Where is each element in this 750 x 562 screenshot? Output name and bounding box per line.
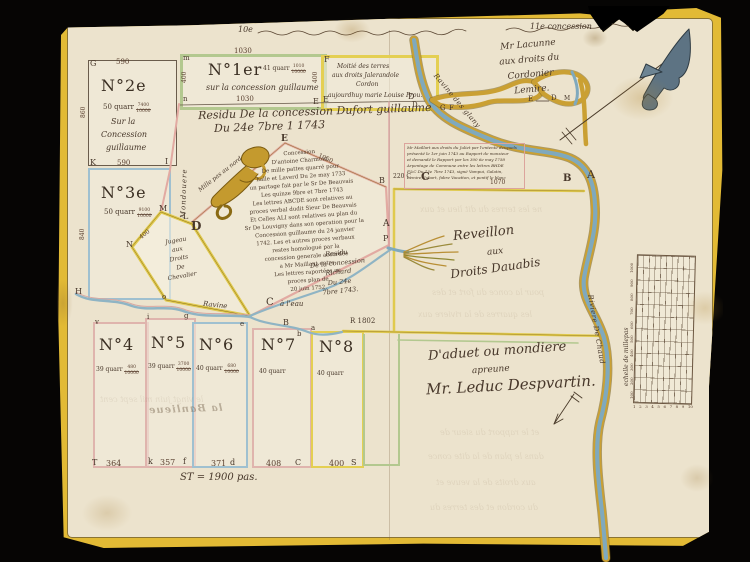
parcel-n1-note: sur la concession guillaume [206, 83, 319, 92]
corner-letter: S [351, 458, 356, 467]
edge-length: 840 [79, 229, 86, 240]
corner-letter: G [90, 59, 96, 68]
edge-length: 357 [160, 458, 175, 467]
corner-letter: H [75, 287, 82, 296]
corner-letter: B [563, 173, 571, 184]
bleedthrough-text: les quarres de la riviere aux [418, 310, 532, 319]
parcel-n1-area: 41 quarr 101010000 [263, 65, 306, 76]
bleedthrough-text: ne les terres du dit lieu et aux [420, 205, 542, 214]
edge-label-10: 10e [238, 25, 253, 34]
corner-letter: D [408, 92, 414, 101]
scale-tick: 300 [629, 363, 634, 371]
parcel-n6-area: 40 quarr 68010000 [196, 365, 239, 376]
scale-tick: 800 [629, 293, 634, 301]
corner-letter: T [92, 458, 97, 467]
marsh [404, 236, 458, 270]
parcel-n7-name: N°7 [261, 335, 296, 354]
corner-letter: d [230, 458, 235, 467]
reveillon-note: aux [487, 246, 504, 258]
edge-length: 860 [80, 107, 87, 118]
edge-length: 1070 [490, 179, 505, 186]
edge-length: 364 [106, 459, 121, 468]
corner-letter: g [184, 312, 188, 320]
corner-letter: M [159, 204, 167, 213]
fleur-de-lis-icon [640, 29, 690, 110]
residu-richard-block: ResiduDe la concession RichardDu 24e 7br… [294, 245, 383, 301]
parcel-n5-area: 39 quarr 370010000 [148, 363, 191, 374]
parcel-n2-area: 50 quarr 740010000 [103, 103, 151, 115]
parcel-n5-name: N°5 [151, 333, 186, 352]
parcel-n4-area: 39 quarr 48010000 [96, 366, 139, 377]
corner-letter: I [165, 157, 168, 166]
edge-length: 400 [312, 72, 319, 83]
corner-letter: n [183, 95, 188, 103]
edge-length: 371 [211, 459, 226, 468]
edge-length: 408 [266, 459, 281, 468]
edge-label-11: 11e concession [530, 22, 592, 31]
corner-letter: B [283, 318, 289, 327]
moitie-note: aux droits Jalerandole [332, 72, 399, 79]
parcel-n7-area: 40 quarr [259, 368, 286, 375]
corner-letter: C [295, 458, 301, 467]
jugeau-text-block: Jugeauaux DroitsDe Chevalier [153, 233, 204, 285]
scale-statement: ST = 1900 pas. [180, 472, 258, 483]
corner-letter: F [324, 55, 330, 64]
lacunne-note: Mr Lacunneaux droits du CordonierLemire. [490, 35, 571, 101]
scale-grid [633, 254, 696, 404]
scale-grid-digits: 12 34 56 78 910 [633, 404, 693, 409]
corner-letter: A [587, 168, 595, 181]
scale-tick: 100 [629, 391, 634, 399]
corner-letter: m [183, 54, 190, 62]
parcel-n2-note: guillaume [106, 143, 146, 152]
corner-letter: L [183, 212, 188, 221]
bleedthrough-text: pour la conce du fort et des [432, 288, 544, 297]
scale-tick: 600 [629, 321, 634, 329]
edge-length: 1030 [236, 95, 254, 103]
map-scan: 10e 11e concession G 590 N°2e 50 quarr 7… [0, 0, 750, 562]
parcel-n3-area: 50 quarr 910010000 [104, 208, 152, 220]
corner-letter: b [297, 330, 301, 338]
bleedthrough-text: et le rapport du sieur de [440, 428, 539, 437]
scale-tick: 200 [629, 377, 634, 385]
moitie-note: Cordon [356, 81, 378, 88]
moitie-note: Moitié des terres [337, 63, 389, 70]
edge-length: 400 [181, 72, 188, 83]
corner-letter: K [90, 158, 96, 167]
corner-letter: C [266, 297, 274, 308]
edge-length: 1030 [234, 47, 252, 55]
parcel-n8-name: N°8 [319, 337, 354, 356]
corner-letter: D [191, 219, 201, 233]
corner-letter: E [323, 95, 329, 104]
edge-length: R 1802 [350, 317, 375, 325]
corner-letter: F [449, 104, 454, 112]
bleedthrough-text: dans le plan de la dite conce [428, 452, 544, 461]
bleedthrough-text: aux droits de la veuve et [436, 478, 536, 487]
edge-length: 400 [329, 459, 344, 468]
parcel-n1-name: N°1er [208, 60, 262, 79]
parcel-n4-name: N°4 [99, 335, 134, 354]
corner-letter: a [311, 324, 315, 332]
scale-tick: 400 [629, 349, 634, 357]
corner-letter: f [183, 457, 186, 466]
corner-letter: G [440, 104, 446, 112]
parcel-n6-name: N°6 [199, 335, 234, 354]
corner-letter: k [148, 457, 153, 466]
edge-length: 590 [116, 58, 129, 66]
bleedthrough-text: le vingt juin mil sept cent [100, 395, 203, 404]
corner-letter: i [147, 313, 149, 321]
parcel-n2-note: Sur la [111, 117, 135, 126]
parcel-n8-area: 40 quarr [317, 370, 344, 377]
scale-tick: 900 [629, 279, 634, 287]
flow-arrow [554, 392, 582, 424]
parcel-n3-name: N°3e [101, 183, 147, 202]
parcel-n2-note: Concession [101, 130, 147, 139]
corner-letter: o [162, 293, 166, 301]
corner-letter: v [95, 318, 99, 326]
parcel-n2-name: N°2e [101, 76, 147, 95]
corner-letter: N [126, 240, 133, 249]
corner-letter: e [240, 320, 244, 328]
edge-length: 590 [117, 159, 130, 167]
corner-letter: E [281, 134, 288, 144]
corner-letter: C [421, 170, 430, 183]
bleedthrough-text: du cordon et des terres du [430, 503, 538, 512]
ravine-label: à l'eau [280, 300, 303, 308]
scale-tick: 700 [629, 307, 634, 315]
scale-tick: 1000 [629, 263, 634, 273]
corner-letter: 220 C [393, 173, 411, 180]
corner-letter: M [564, 95, 570, 102]
scale-tick: 500 [629, 335, 634, 343]
